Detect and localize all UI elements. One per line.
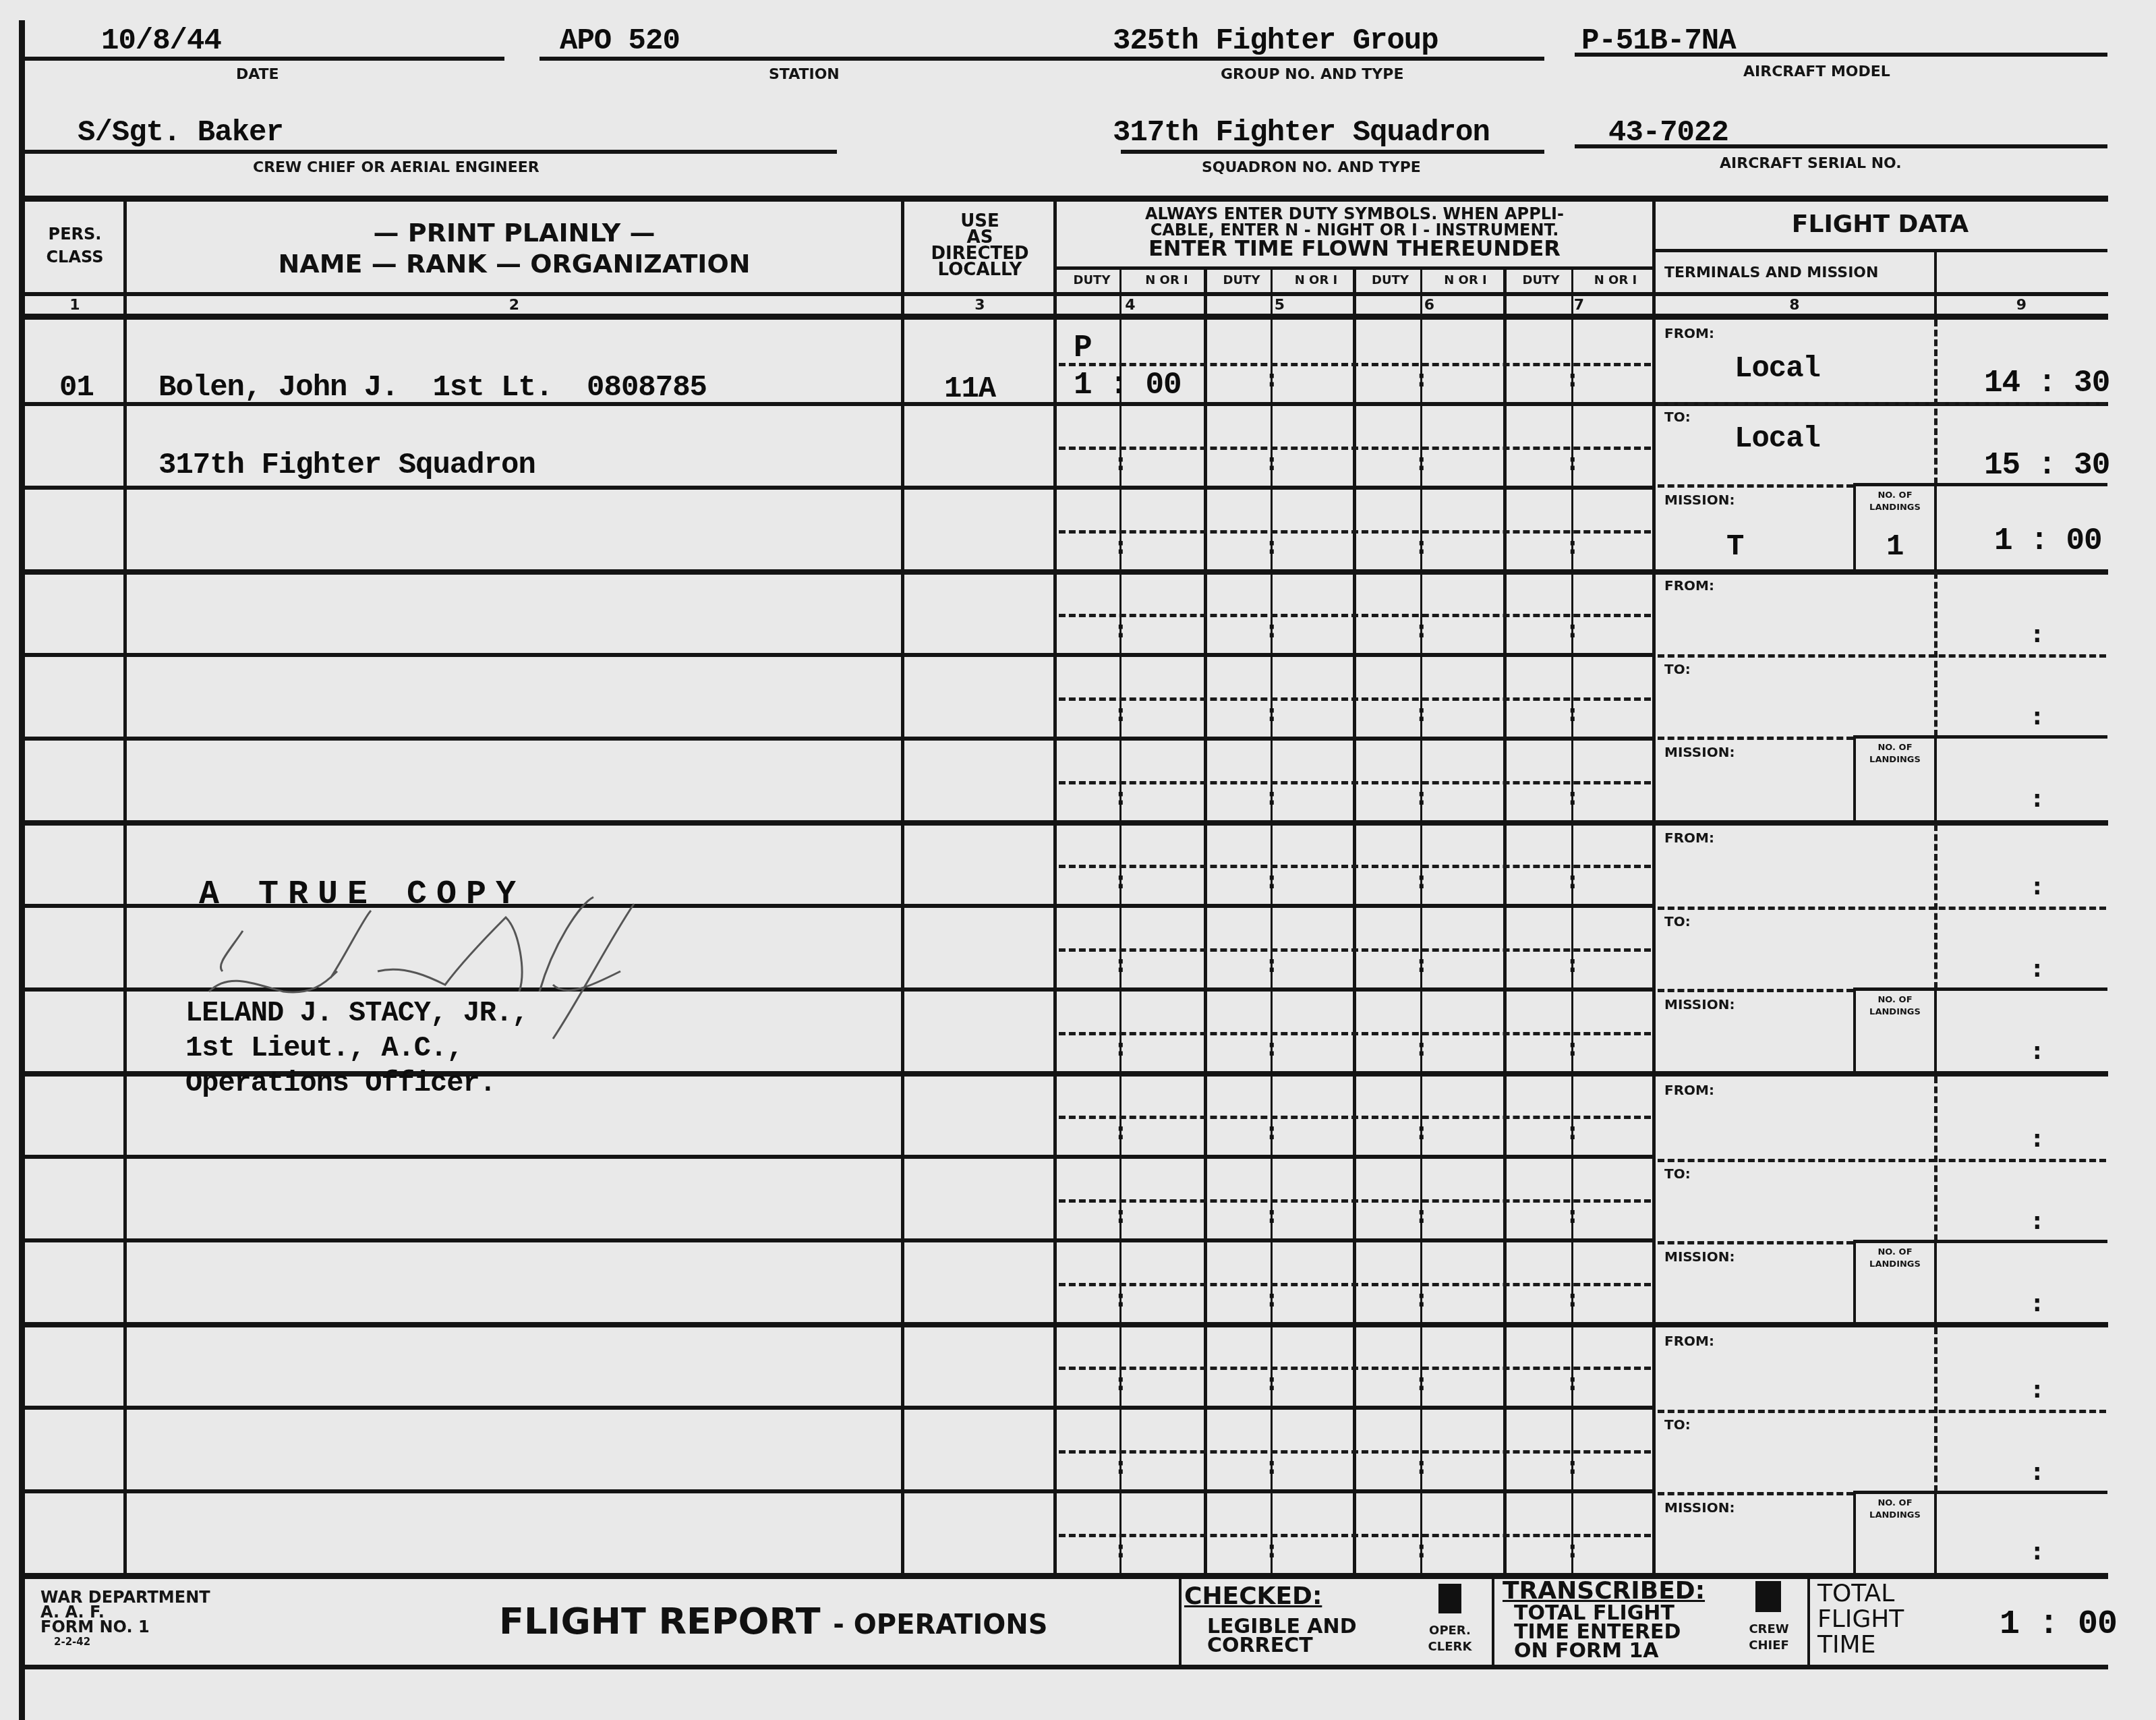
checked-label: CHECKED: — [1184, 1582, 1322, 1610]
use-as-directed-header: USE AS DIRECTED LOCALLY — [905, 213, 1055, 278]
departure-time: 14 : 30 — [1984, 366, 2109, 401]
name-rank-serial-value: Bolen, John J. 1st Lt. 0808785 — [158, 371, 707, 405]
col5-right-rule — [1353, 268, 1356, 1576]
time-colon-mark: : — [1116, 1204, 1126, 1227]
departure-time: : — [2033, 1128, 2042, 1151]
time-colon-mark: : — [1116, 1037, 1126, 1060]
time-colon-mark: : — [1417, 1455, 1426, 1478]
aircraft-model-label: AIRCRAFT MODEL — [1743, 63, 1890, 80]
form-title: FLIGHT REPORT - OPERATIONS — [499, 1600, 1048, 1642]
pers-class-header: PERS. CLASS — [27, 223, 123, 268]
time-colon-mark: : — [1568, 869, 1577, 892]
group-underline — [1119, 57, 1544, 61]
flight-time: 1 : 00 — [1994, 523, 2102, 558]
time-colon-mark: : — [1568, 702, 1577, 725]
flight-block-2: FROM: TO: MISSION: NO. OF LANDINGS : : : — [1654, 572, 2107, 823]
checked-text: LEGIBLE AND CORRECT — [1207, 1617, 1357, 1655]
pers-class-value: 01 — [59, 371, 94, 405]
time-colon-mark: : — [1568, 1204, 1577, 1227]
from-to-divider — [1658, 654, 2106, 658]
from-label: FROM: — [1664, 1082, 1714, 1098]
duty-dash — [1059, 530, 1651, 534]
time-colon-mark: : — [1417, 1120, 1426, 1143]
time-colon-mark: : — [1116, 1120, 1126, 1143]
transcribed-left-rule — [1492, 1576, 1494, 1667]
row-rule — [24, 486, 1654, 490]
flight-data-subrule — [1654, 249, 2107, 252]
time-colon-mark: : — [1116, 535, 1126, 558]
flight-data-header: FLIGHT DATA — [1654, 210, 2107, 238]
officer-rank: 1st Lieut., A.C., — [185, 1032, 463, 1064]
from-label: FROM: — [1664, 1333, 1714, 1349]
time-column-divider-solid — [1934, 737, 1937, 823]
time-colon-mark: : — [1568, 953, 1577, 976]
time-colon-mark: : — [1267, 1037, 1277, 1060]
time-colon-mark: : — [1417, 535, 1426, 558]
duty-dash — [1059, 1283, 1651, 1286]
mission-label: MISSION: — [1664, 1249, 1735, 1265]
col2-right-rule — [901, 200, 904, 1576]
time-colon-mark: : — [1267, 535, 1277, 558]
to-mission-divider-solid — [1853, 483, 2107, 486]
left-margin-rule — [19, 20, 25, 1720]
aircraft-serial-underline — [1575, 144, 2107, 148]
duty-dash — [1059, 1032, 1651, 1035]
mission-value: T — [1726, 530, 1743, 564]
row-rule — [24, 1155, 1654, 1159]
time-colon-mark: : — [1116, 1539, 1126, 1561]
time-colon-mark: : — [1267, 786, 1277, 809]
crew-chief-label: CREW CHIEF OR AERIAL ENGINEER — [253, 159, 540, 176]
aircraft-serial-label: AIRCRAFT SERIAL NO. — [1720, 155, 1902, 172]
transcribed-label: TRANSCRIBED: — [1503, 1577, 1705, 1605]
time-colon-mark: : — [1267, 619, 1277, 641]
time-colon-mark: : — [1267, 1288, 1277, 1311]
departure-time: : — [2033, 1379, 2042, 1402]
col4-right-rule — [1204, 268, 1207, 1576]
name-rank-org-header: — PRINT PLAINLY — NAME — RANK — ORGANIZA… — [128, 217, 900, 279]
time-colon-mark: : — [1417, 619, 1426, 641]
to-label: TO: — [1664, 661, 1691, 677]
from-label: FROM: — [1664, 830, 1714, 846]
time-colon-mark: : — [1568, 1539, 1577, 1561]
oper-clerk-label: OPER. CLERK — [1423, 1623, 1477, 1655]
time-colon-mark: : — [1116, 451, 1126, 474]
from-to-divider — [1658, 1410, 2106, 1413]
duty-dash — [1059, 1450, 1651, 1454]
landings-label: NO. OF LANDINGS — [1856, 742, 1934, 766]
from-label: FROM: — [1664, 577, 1714, 594]
duty-dash — [1059, 1367, 1651, 1370]
duty-symbols-header: ALWAYS ENTER DUTY SYMBOLS. WHEN APPLI- C… — [1055, 206, 1654, 258]
time-colon-mark: : — [1417, 368, 1426, 391]
crew-chief-label: CREW CHIEF — [1742, 1622, 1796, 1654]
time-colon-mark: : — [1568, 786, 1577, 809]
from-label: FROM: — [1664, 325, 1714, 341]
war-department-info: WAR DEPARTMENT A. A. F. FORM NO. 1 2-2-4… — [40, 1590, 210, 1649]
flight-block-3: FROM: TO: MISSION: NO. OF LANDINGS : : : — [1654, 824, 2107, 1075]
to-mission-divider-solid — [1853, 1491, 2107, 1494]
duty-dash — [1059, 948, 1651, 952]
flight-block-4: FROM: TO: MISSION: NO. OF LANDINGS : : : — [1654, 1077, 2107, 1327]
row-rule — [24, 737, 1654, 741]
to-mission-divider — [1658, 737, 1853, 740]
date-underline — [24, 57, 504, 61]
to-mission-divider-solid — [1853, 1240, 2107, 1243]
time-colon-mark: : — [1116, 786, 1126, 809]
time-column-divider-solid — [1934, 989, 1937, 1075]
mission-label: MISSION: — [1664, 744, 1735, 760]
terminals-mission-header: TERMINALS AND MISSION — [1664, 264, 1878, 281]
from-to-divider — [1658, 907, 2106, 910]
time-colon-mark: : — [1417, 869, 1426, 892]
crew-chief-initials-box[interactable] — [1755, 1581, 1781, 1612]
mission-label: MISSION: — [1664, 492, 1735, 508]
departure-time: : — [2033, 876, 2042, 898]
time-colon-mark: : — [1267, 702, 1277, 725]
date-label: DATE — [236, 66, 279, 83]
time-colon-mark: : — [1116, 1371, 1126, 1394]
time-colon-mark: : — [1267, 953, 1277, 976]
arrival-time: : — [2033, 958, 2042, 981]
table-top-rule — [24, 196, 2108, 202]
time-colon-mark: : — [1417, 451, 1426, 474]
time-colon-mark: : — [1568, 451, 1577, 474]
flight-time: : — [2033, 1541, 2042, 1564]
duty-dash — [1059, 363, 1651, 366]
flight-time: : — [2033, 1040, 2042, 1063]
time-column-divider-solid — [1934, 1241, 1937, 1327]
to-value: Local — [1735, 422, 1820, 456]
landings-label: NO. OF LANDINGS — [1856, 1497, 1934, 1522]
time-column-divider-solid — [1934, 484, 1937, 571]
duty-time-value: 1 : 00 — [1074, 368, 1182, 403]
crew-chief-value: S/Sgt. Baker — [78, 116, 283, 150]
group-label: GROUP NO. AND TYPE — [1221, 66, 1403, 83]
header-bottom-rule — [24, 292, 2108, 296]
column-number-bottom-rule — [24, 314, 2108, 320]
time-colon-mark: : — [1116, 869, 1126, 892]
duty-symbol-value: P — [1074, 331, 1092, 366]
time-colon-mark: : — [1568, 1037, 1577, 1060]
time-colon-mark: : — [1568, 368, 1577, 391]
to-label: TO: — [1664, 1416, 1691, 1433]
duty-dash — [1059, 1534, 1651, 1537]
to-label: TO: — [1664, 1166, 1691, 1182]
to-mission-divider-solid — [1853, 735, 2107, 739]
organization-value: 317th Fighter Squadron — [158, 449, 535, 482]
time-colon-mark: : — [1568, 1371, 1577, 1394]
total-left-rule — [1807, 1576, 1810, 1667]
from-to-divider — [1658, 1159, 2106, 1162]
time-colon-mark: : — [1568, 535, 1577, 558]
date-value: 10/8/44 — [101, 24, 221, 58]
arrival-time: : — [2033, 706, 2042, 728]
arrival-time: 15 : 30 — [1984, 448, 2109, 483]
landings-label: NO. OF LANDINGS — [1856, 490, 1934, 514]
time-colon-mark: : — [1267, 1120, 1277, 1143]
row-rule — [24, 1238, 1654, 1242]
transcribed-text: TOTAL FLIGHT TIME ENTERED ON FORM 1A — [1514, 1604, 1681, 1661]
duty-dash — [1059, 865, 1651, 868]
crew-chief-underline — [24, 150, 837, 154]
time-colon-mark: : — [1568, 1288, 1577, 1311]
to-mission-divider — [1658, 484, 1853, 488]
landings-label: NO. OF LANDINGS — [1856, 1246, 1934, 1271]
duty-dash — [1059, 447, 1651, 450]
time-colon-mark: : — [1568, 1455, 1577, 1478]
time-colon-mark: : — [1568, 1120, 1577, 1143]
time-colon-mark: : — [1417, 1539, 1426, 1561]
time-colon-mark: : — [1267, 869, 1277, 892]
use-as-directed-value: 11A — [944, 372, 995, 406]
from-to-divider — [1658, 402, 2106, 405]
col8-right-rule — [1934, 251, 1937, 316]
total-flight-time-value: 1 : 00 — [2000, 1605, 2117, 1644]
officer-name: LELAND J. STACY, JR., — [185, 997, 528, 1029]
from-value: Local — [1735, 352, 1820, 386]
departure-time: : — [2033, 623, 2042, 646]
time-colon-mark: : — [1267, 1455, 1277, 1478]
to-label: TO: — [1664, 913, 1691, 929]
oper-clerk-initials-box[interactable] — [1438, 1584, 1461, 1613]
flight-block-1: FROM: Local TO: Local MISSION: T NO. OF … — [1654, 320, 2107, 571]
mission-label: MISSION: — [1664, 996, 1735, 1012]
time-column-divider-solid — [1934, 1492, 1937, 1576]
to-mission-divider — [1658, 1241, 1853, 1244]
row-rule — [24, 1489, 1654, 1493]
duty-dash — [1059, 1116, 1651, 1119]
time-colon-mark: : — [1568, 619, 1577, 641]
squadron-value: 317th Fighter Squadron — [1113, 116, 1490, 150]
time-colon-mark: : — [1116, 953, 1126, 976]
time-colon-mark: : — [1116, 1288, 1126, 1311]
row-rule — [24, 653, 1654, 657]
to-label: TO: — [1664, 409, 1691, 425]
duty-dash — [1059, 781, 1651, 784]
col1-right-rule — [123, 200, 127, 1576]
flight-time: : — [2033, 788, 2042, 811]
station-label: STATION — [769, 66, 840, 83]
time-colon-mark: : — [1267, 451, 1277, 474]
arrival-time: : — [2033, 1461, 2042, 1484]
time-colon-mark: : — [1267, 1539, 1277, 1561]
time-colon-mark: : — [1116, 702, 1126, 725]
to-mission-divider-solid — [1853, 987, 2107, 991]
aircraft-model-underline — [1575, 53, 2107, 57]
station-underline — [540, 57, 1132, 61]
duty-dash — [1059, 614, 1651, 617]
duty-dash — [1059, 697, 1651, 701]
time-colon-mark: : — [1417, 786, 1426, 809]
col6-right-rule — [1503, 268, 1507, 1576]
arrival-time: : — [2033, 1210, 2042, 1233]
group-value: 325th Fighter Group — [1113, 24, 1438, 58]
station-value: APO 520 — [560, 24, 680, 58]
squadron-underline — [1121, 150, 1544, 154]
total-flight-time-label: TOTAL FLIGHT TIME — [1817, 1581, 1904, 1658]
time-colon-mark: : — [1267, 1371, 1277, 1394]
time-colon-mark: : — [1116, 619, 1126, 641]
time-colon-mark: : — [1116, 1455, 1126, 1478]
col3-right-rule — [1053, 200, 1057, 1576]
time-colon-mark: : — [1417, 953, 1426, 976]
officer-title: Operations Officer. — [185, 1067, 496, 1099]
landings-label: NO. OF LANDINGS — [1856, 994, 1934, 1019]
checked-left-rule — [1179, 1576, 1182, 1667]
squadron-label: SQUADRON NO. AND TYPE — [1202, 159, 1421, 176]
time-colon-mark: : — [1267, 368, 1277, 391]
duty-dash — [1059, 1199, 1651, 1203]
to-mission-divider — [1658, 989, 1853, 992]
time-colon-mark: : — [1417, 702, 1426, 725]
to-mission-divider — [1658, 1492, 1853, 1495]
footer-bottom-rule — [24, 1665, 2108, 1669]
flight-block-5: FROM: TO: MISSION: NO. OF LANDINGS : : : — [1654, 1327, 2107, 1576]
time-colon-mark: : — [1267, 1204, 1277, 1227]
time-colon-mark: : — [1417, 1288, 1426, 1311]
time-colon-mark: : — [1417, 1037, 1426, 1060]
time-colon-mark: : — [1417, 1204, 1426, 1227]
mission-label: MISSION: — [1664, 1499, 1735, 1516]
row-rule — [24, 1406, 1654, 1410]
time-colon-mark: : — [1417, 1371, 1426, 1394]
landings-value: 1 — [1886, 530, 1903, 564]
flight-time: : — [2033, 1292, 2042, 1315]
